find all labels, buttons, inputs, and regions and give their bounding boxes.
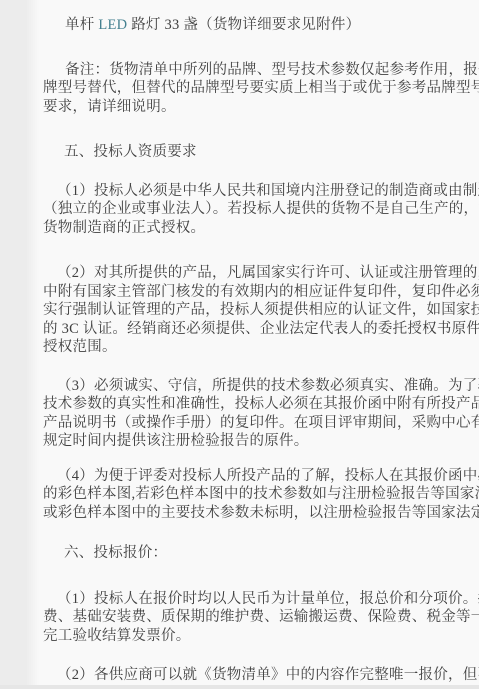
text-line: （1）投标人在报价时均以人民币为计量单位，报总价和分项价。投标报价包括 bbox=[43, 590, 479, 609]
text-line: 费、基础安装费、质保期的维护费、运输搬运费、保险费、税金等一切费用，并为 bbox=[43, 608, 479, 627]
bottom-clipped-line bbox=[0, 685, 479, 689]
section5-item-3: （3）必须诚实、守信，所提供的技术参数必须真实、准确。为了验证投标人提技术参数的… bbox=[43, 377, 479, 451]
text-line: 中附有国家主管部门核发的有效期内的相应证件复印件，复印件必须清晰、完整。 bbox=[43, 283, 479, 302]
text-line: （2）对其所提供的产品，凡属国家实行许可、认证或注册管理的，必须在其投 bbox=[43, 264, 479, 283]
text-line: 产品说明书（或操作手册）的复印件。在项目评审期间，采购中心有可能要求投标 bbox=[43, 414, 479, 433]
text-line: 技术参数的真实性和准确性，投标人必须在其报价函中附有所投产品的注册检验报 bbox=[43, 395, 479, 414]
text-line: （3）必须诚实、守信，所提供的技术参数必须真实、准确。为了验证投标人提 bbox=[43, 377, 479, 396]
section6-heading: 六、投标报价： bbox=[43, 544, 479, 563]
note-paragraph: 备注：货物清单中所列的品牌、型号技术参数仅起参考作用，报价人可选用其牌型号替代，… bbox=[43, 61, 479, 117]
section5-item-1: （1）投标人必须是中华人民共和国境内注册登记的制造商或由制造商授权的代（独立的企… bbox=[43, 182, 479, 238]
section5-item-4: （4）为便于评委对投标人所投产品的了解，投标人在其报价函中必须附有所投的彩色样本… bbox=[43, 467, 479, 523]
text-line: （1）投标人必须是中华人民共和国境内注册登记的制造商或由制造商授权的代 bbox=[43, 182, 479, 201]
section5-item-2: （2）对其所提供的产品，凡属国家实行许可、认证或注册管理的，必须在其投中附有国家… bbox=[43, 264, 479, 357]
section6-item-2: （2）各供应商可以就《货物清单》中的内容作完整唯一报价，但不能对部分内 bbox=[43, 666, 479, 685]
section6-item-1: （1）投标人在报价时均以人民币为计量单位，报总价和分项价。投标报价包括费、基础安… bbox=[43, 590, 479, 646]
text-line: 或彩色样本图中的主要技术参数未标明，以注册检验报告等国家法定检测报告为准 bbox=[43, 504, 479, 523]
text-line: 完工验收结算发票价。 bbox=[43, 627, 479, 646]
item-quantity-line: 单杆 LED 路灯 33 盏（货物详细要求见附件） bbox=[43, 16, 479, 35]
text-line: 备注：货物清单中所列的品牌、型号技术参数仅起参考作用，报价人可选用其 bbox=[43, 61, 479, 80]
text-line: 牌型号替代，但替代的品牌型号要实质上相当于或优于参考品牌型号及其技术参数 bbox=[43, 79, 479, 98]
page-left-margin bbox=[0, 0, 40, 689]
item-line-led-highlight: LED bbox=[98, 17, 127, 33]
text-line: （2）各供应商可以就《货物清单》中的内容作完整唯一报价，但不能对部分内 bbox=[43, 666, 479, 685]
text-line: 货物制造商的正式授权。 bbox=[43, 219, 479, 238]
text-line: 规定时间内提供该注册检验报告的原件。 bbox=[43, 432, 479, 451]
text-line: 实行强制认证管理的产品，投标人须提供相应的认证文件，如国家技术监督管理局 bbox=[43, 301, 479, 320]
text-line: 要求，请详细说明。 bbox=[43, 98, 479, 117]
item-line-prefix: 单杆 bbox=[65, 17, 98, 33]
item-line-suffix: 路灯 33 盏（货物详细要求见附件） bbox=[127, 17, 360, 33]
document-page: 单杆 LED 路灯 33 盏（货物详细要求见附件） 备注：货物清单中所列的品牌、… bbox=[38, 0, 479, 685]
text-line: 的彩色样本图,若彩色样本图中的技术参数如与注册检验报告等国家法定检测报告不 bbox=[43, 485, 479, 504]
text-line: 的 3C 认证。经销商还必须提供、企业法定代表人的委托授权书原件，委托授权书应 bbox=[43, 320, 479, 339]
text-line: （4）为便于评委对投标人所投产品的了解，投标人在其报价函中必须附有所投 bbox=[43, 467, 479, 486]
text-line: 授权范围。 bbox=[43, 338, 479, 357]
text-line: （独立的企业或事业法人）。若投标人提供的货物不是自己生产的，该投标人必须 bbox=[43, 200, 479, 219]
section5-heading: 五、投标人资质要求 bbox=[43, 143, 479, 162]
